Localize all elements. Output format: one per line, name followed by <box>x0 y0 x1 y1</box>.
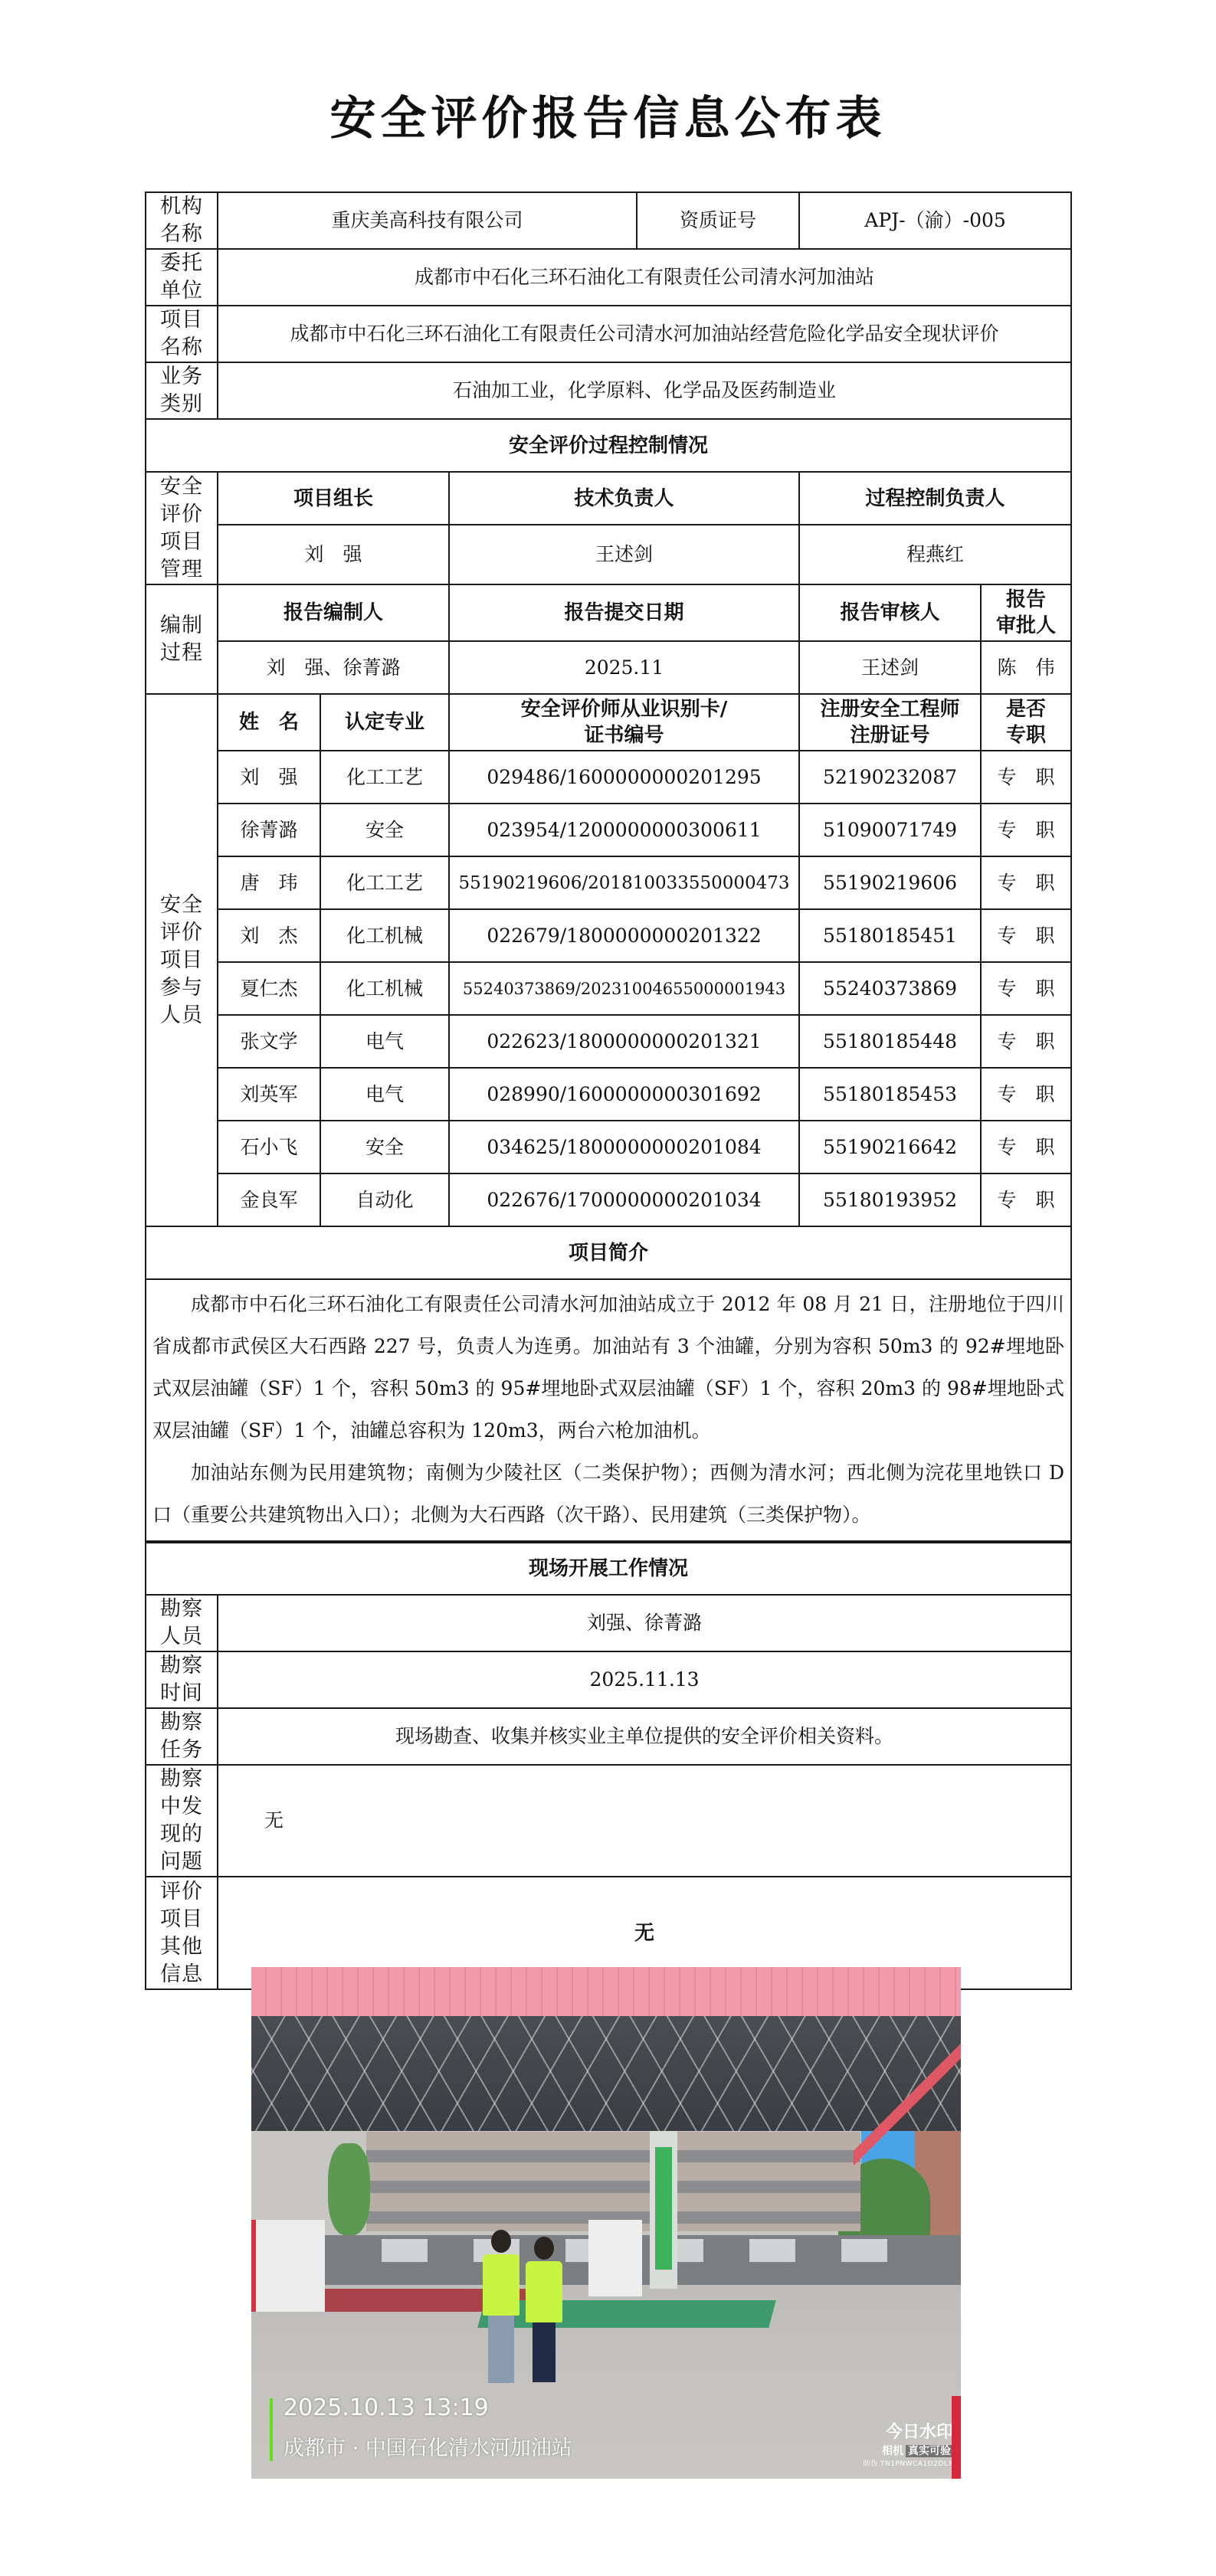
compile-header-approver: 报告 审批人 <box>981 584 1071 641</box>
watermark-badge: 真实可验 <box>906 2445 953 2457</box>
compile-label: 编制 过程 <box>146 584 218 694</box>
process-section-title: 安全评价过程控制情况 <box>146 419 1071 472</box>
person-fulltime: 专 职 <box>981 909 1071 962</box>
watermark-brand-name: 今日水印 <box>864 2419 953 2443</box>
person-name: 徐菁潞 <box>218 804 320 856</box>
person-major: 电气 <box>320 1015 449 1068</box>
fuel-pump-icon <box>251 2220 325 2312</box>
table-row: 唐 玮 化工工艺 55190219606/201810033550000473 … <box>146 856 1071 909</box>
person-major: 电气 <box>320 1068 449 1121</box>
table-row: 徐菁潞 安全 023954/1200000000300611 510900717… <box>146 804 1071 856</box>
compile-header-date: 报告提交日期 <box>449 584 799 641</box>
row-site-task: 勘察 任务 现场勘查、收集并核实业主单位提供的安全评价相关资料。 <box>146 1708 1071 1765</box>
site-task-value: 现场勘查、收集并核实业主单位提供的安全评价相关资料。 <box>218 1708 1071 1765</box>
photo-trees-left <box>328 2143 370 2235</box>
watermark-brand-sub: 相机真实可验 <box>864 2443 953 2458</box>
compile-value-reviewer: 王述剑 <box>799 641 981 694</box>
watermark-code: 防伪 TN1PNWCA1D2DLX <box>864 2458 953 2468</box>
table-row: 夏仁杰 化工机械 55240373869/2023100465500000194… <box>146 962 1071 1015</box>
personnel-header-reg: 注册安全工程师 注册证号 <box>799 694 981 751</box>
business-label: 业务 类别 <box>146 362 218 419</box>
personnel-header-card: 安全评价师从业识别卡/ 证书编号 <box>449 694 799 751</box>
person-card: 029486/1600000000201295 <box>449 751 799 804</box>
compile-value-approver: 陈 伟 <box>981 641 1071 694</box>
row-compile-values: 刘 强、徐菁潞 2025.11 王述剑 陈 伟 <box>146 641 1071 694</box>
mgmt-header-tech: 技术负责人 <box>449 472 799 525</box>
mgmt-value-tech: 王述剑 <box>449 525 799 584</box>
intro-body: 成都市中石化三环石油化工有限责任公司清水河加油站成立于 2012 年 08 月 … <box>146 1279 1071 1542</box>
row-personnel-header: 安全 评价 项目 参与 人员 姓 名 认定专业 安全评价师从业识别卡/ 证书编号… <box>146 694 1071 751</box>
person-name: 金良军 <box>218 1173 320 1226</box>
person-major: 化工机械 <box>320 909 449 962</box>
person-reg: 55180185448 <box>799 1015 981 1068</box>
person-reg: 55190219606 <box>799 856 981 909</box>
personnel-label: 安全 评价 项目 参与 人员 <box>146 694 218 1226</box>
person-fulltime: 专 职 <box>981 962 1071 1015</box>
site-issues-value: 无 <box>218 1765 1071 1877</box>
person-name: 石小飞 <box>218 1121 320 1173</box>
person-fulltime: 专 职 <box>981 751 1071 804</box>
person-major: 自动化 <box>320 1173 449 1226</box>
person-card: 023954/1200000000300611 <box>449 804 799 856</box>
person-name: 刘 杰 <box>218 909 320 962</box>
row-site-time: 勘察 时间 2025.11.13 <box>146 1651 1071 1708</box>
org-value: 重庆美高科技有限公司 资质证号 <box>218 192 799 249</box>
site-time-value: 2025.11.13 <box>218 1651 1071 1708</box>
person-reg: 55190216642 <box>799 1121 981 1173</box>
org-label: 机构 名称 <box>146 192 218 249</box>
site-time-label: 勘察 时间 <box>146 1651 218 1708</box>
row-client: 委托 单位 成都市中石化三环石油化工有限责任公司清水河加油站 <box>146 249 1071 306</box>
intro-section-title: 项目简介 <box>146 1226 1071 1279</box>
row-org: 机构 名称 重庆美高科技有限公司 资质证号 APJ-（渝）-005 <box>146 192 1071 249</box>
person-major: 化工机械 <box>320 962 449 1015</box>
photo-building <box>366 2132 860 2231</box>
site-section-title: 现场开展工作情况 <box>146 1542 1071 1595</box>
person-major: 化工工艺 <box>320 751 449 804</box>
site-photo: 2025.10.13 13:19 成都市 · 中国石化清水河加油站 今日水印 相… <box>251 1967 961 2479</box>
person-name: 刘英军 <box>218 1068 320 1121</box>
person-fulltime: 专 职 <box>981 1015 1071 1068</box>
person-fulltime: 专 职 <box>981 804 1071 856</box>
person-name: 刘 强 <box>218 751 320 804</box>
table-row: 金良军 自动化 022676/1700000000201034 55180193… <box>146 1173 1071 1226</box>
business-value: 石油加工业，化学原料、化学品及医药制造业 <box>218 362 1071 419</box>
watermark-prefix: 相机 <box>880 2445 906 2457</box>
row-compile-header: 编制 过程 报告编制人 报告提交日期 报告审核人 报告 审批人 <box>146 584 1071 641</box>
person-reg: 55180185451 <box>799 909 981 962</box>
person-fulltime: 专 职 <box>981 1121 1071 1173</box>
intro-paragraph: 成都市中石化三环石油化工有限责任公司清水河加油站成立于 2012 年 08 月 … <box>152 1283 1064 1452</box>
person-card: 55190219606/201810033550000473 <box>449 856 799 909</box>
person-card: 55240373869/20231004655000001943 <box>449 962 799 1015</box>
photo-sign <box>655 2147 672 2270</box>
compile-header-author: 报告编制人 <box>218 584 449 641</box>
site-persons-value: 刘强、徐菁潞 <box>218 1595 1071 1651</box>
compile-value-date: 2025.11 <box>449 641 799 694</box>
row-mgmt-header: 安全 评价 项目 管理 项目组长 技术负责人 过程控制负责人 <box>146 472 1071 525</box>
person-name: 唐 玮 <box>218 856 320 909</box>
watermark-location: 成都市 · 中国石化清水河加油站 <box>284 2431 572 2461</box>
project-label: 项目 名称 <box>146 306 218 362</box>
personnel-header-major: 认定专业 <box>320 694 449 751</box>
person-name: 张文学 <box>218 1015 320 1068</box>
person-name: 夏仁杰 <box>218 962 320 1015</box>
photo-canopy <box>251 1967 961 2016</box>
mgmt-value-process: 程燕红 <box>799 525 1071 584</box>
fuel-pump-icon <box>588 2220 642 2296</box>
person-card: 022676/1700000000201034 <box>449 1173 799 1226</box>
org-name: 重庆美高科技有限公司 <box>218 193 637 248</box>
row-project: 项目 名称 成都市中石化三环石油化工有限责任公司清水河加油站经营危险化学品安全现… <box>146 306 1071 362</box>
person-reg: 51090071749 <box>799 804 981 856</box>
person-reg: 55240373869 <box>799 962 981 1015</box>
row-site-persons: 勘察 人员 刘强、徐菁潞 <box>146 1595 1071 1651</box>
mgmt-label: 安全 评价 项目 管理 <box>146 472 218 584</box>
personnel-header-name: 姓 名 <box>218 694 320 751</box>
row-site-title: 现场开展工作情况 <box>146 1542 1071 1595</box>
client-value: 成都市中石化三环石油化工有限责任公司清水河加油站 <box>218 249 1071 306</box>
person-card: 022679/1800000000201322 <box>449 909 799 962</box>
other-info-label: 评价 项目 其他 信息 <box>146 1877 218 1989</box>
table-row: 张文学 电气 022623/1800000000201321 551801854… <box>146 1015 1071 1068</box>
table-row: 刘英军 电气 028990/1600000000301692 551801854… <box>146 1068 1071 1121</box>
client-label: 委托 单位 <box>146 249 218 306</box>
compile-value-author: 刘 强、徐菁潞 <box>218 641 449 694</box>
site-issues-label: 勘察 中发 现的 问题 <box>146 1765 218 1877</box>
person-figure <box>483 2230 520 2383</box>
mgmt-value-leader: 刘 强 <box>218 525 449 584</box>
person-fulltime: 专 职 <box>981 856 1071 909</box>
photo-canopy-edge <box>854 2028 961 2166</box>
table-row: 刘 强 化工工艺 029486/1600000000201295 5219023… <box>146 751 1071 804</box>
person-major: 安全 <box>320 804 449 856</box>
person-card: 022623/1800000000201321 <box>449 1015 799 1068</box>
person-card: 028990/1600000000301692 <box>449 1068 799 1121</box>
person-reg: 55180193952 <box>799 1173 981 1226</box>
person-major: 化工工艺 <box>320 856 449 909</box>
person-reg: 55180185453 <box>799 1068 981 1121</box>
person-fulltime: 专 职 <box>981 1068 1071 1121</box>
mgmt-header-process: 过程控制负责人 <box>799 472 1071 525</box>
person-card: 034625/1800000000201084 <box>449 1121 799 1173</box>
cert-value: APJ-（渝）-005 <box>799 192 1071 249</box>
row-intro-body: 成都市中石化三环石油化工有限责任公司清水河加油站成立于 2012 年 08 月 … <box>146 1279 1071 1542</box>
table-row: 刘 杰 化工机械 022679/1800000000201322 5518018… <box>146 909 1071 962</box>
project-value: 成都市中石化三环石油化工有限责任公司清水河加油站经营危险化学品安全现状评价 <box>218 306 1071 362</box>
watermark-brand: 今日水印 相机真实可验 防伪 TN1PNWCA1D2DLX <box>864 2419 953 2468</box>
personnel-header-fulltime: 是否 专职 <box>981 694 1071 751</box>
mgmt-header-leader: 项目组长 <box>218 472 449 525</box>
person-major: 安全 <box>320 1121 449 1173</box>
compile-header-reviewer: 报告审核人 <box>799 584 981 641</box>
page-title: 安全评价报告信息公布表 <box>0 86 1216 152</box>
info-table: 机构 名称 重庆美高科技有限公司 资质证号 APJ-（渝）-005 委托 单位 … <box>145 191 1070 1990</box>
photo-pad-green <box>477 2300 776 2328</box>
watermark-accent-bar <box>270 2398 273 2461</box>
row-intro-title: 项目简介 <box>146 1226 1071 1279</box>
person-fulltime: 专 职 <box>981 1173 1071 1226</box>
photo-red-corner <box>952 2396 961 2479</box>
person-figure <box>526 2237 562 2382</box>
site-task-label: 勘察 任务 <box>146 1708 218 1765</box>
intro-paragraph: 加油站东侧为民用建筑物；南侧为少陵社区（二类保护物）；西侧为清水河；西北侧为浣花… <box>152 1452 1064 1536</box>
row-process-title: 安全评价过程控制情况 <box>146 419 1071 472</box>
table-row: 石小飞 安全 034625/1800000000201084 551902166… <box>146 1121 1071 1173</box>
watermark-timestamp: 2025.10.13 13:19 <box>284 2394 489 2421</box>
person-reg: 52190232087 <box>799 751 981 804</box>
row-business: 业务 类别 石油加工业，化学原料、化学品及医药制造业 <box>146 362 1071 419</box>
row-mgmt-values: 刘 强 王述剑 程燕红 <box>146 525 1071 584</box>
cert-label: 资质证号 <box>637 193 798 248</box>
site-persons-label: 勘察 人员 <box>146 1595 218 1651</box>
row-site-issues: 勘察 中发 现的 问题 无 <box>146 1765 1071 1877</box>
